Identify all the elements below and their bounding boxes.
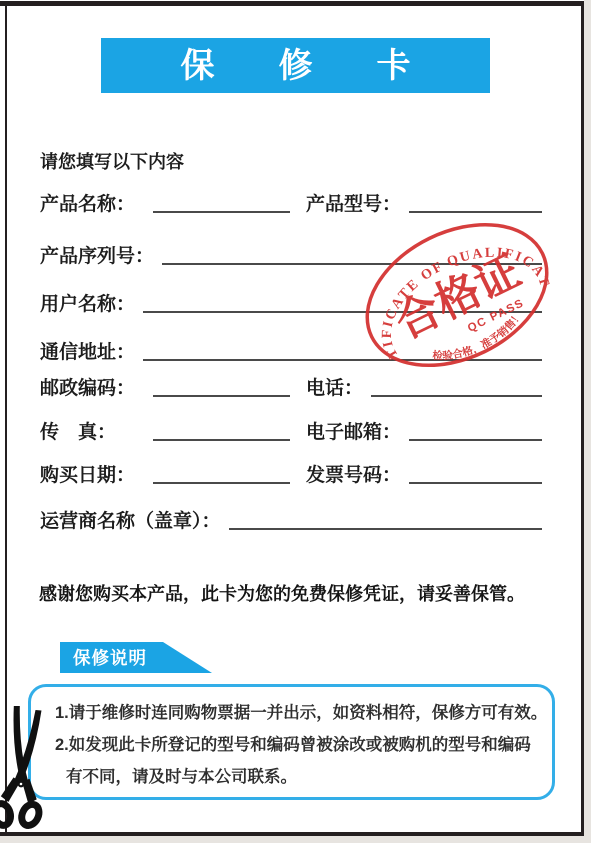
email-line [409, 439, 542, 441]
postal-code-line [153, 395, 290, 397]
thanks-text: 感谢您购买本产品，此卡为您的免费保修凭证，请妥善保管。 [39, 580, 525, 606]
postal-code-label: 邮政编码： [40, 377, 147, 401]
phone-line [371, 395, 542, 397]
warranty-title: 保修卡 [117, 49, 475, 83]
scissors-icon [0, 706, 50, 842]
fax-line [153, 439, 290, 441]
product-name-line [153, 211, 290, 213]
intro-text: 请您填写以下内容 [40, 148, 184, 174]
notice-item-2: 2.如发现此卡所登记的型号和编码曾被涂改或被购机的型号和编码有不同，请及时与本公… [55, 729, 544, 793]
email-label: 电子邮箱： [306, 421, 401, 445]
qualification-stamp-icon: CERTIFICATE OF QUALIFICATION 合格证 QC PASS… [347, 195, 567, 395]
card-frame-bottom [0, 832, 584, 836]
invoice-number-line [409, 482, 542, 484]
page-shadow-right [584, 0, 591, 843]
product-name-label: 产品名称： [40, 193, 147, 217]
warranty-notes-tab: 保修说明 [60, 642, 212, 673]
user-name-label: 用户名称： [40, 293, 135, 317]
operator-name-label: 运营商名称（盖章）： [40, 510, 221, 534]
warranty-notes-tab-label: 保修说明 [60, 645, 147, 670]
page-shadow-bottom [0, 836, 584, 843]
fax-label: 传 真： [40, 421, 147, 445]
card-frame-right [581, 1, 584, 836]
warranty-card-page: 保修卡 请您填写以下内容 产品名称： 产品型号： 产品序列号： 用户名称： 通信… [0, 0, 591, 843]
form-row-date-invoice: 购买日期： 发票号码： [40, 464, 542, 488]
purchase-date-line [153, 482, 290, 484]
form-row-fax-email: 传 真： 电子邮箱： [40, 421, 542, 445]
serial-number-label: 产品序列号： [40, 245, 154, 269]
purchase-date-label: 购买日期： [40, 464, 147, 488]
notice-item-1: 1.请于维修时连同购物票据一并出示，如资料相符，保修方可有效。 [55, 697, 544, 729]
title-banner: 保修卡 [101, 38, 490, 93]
address-label: 通信地址： [40, 341, 135, 365]
operator-name-line [229, 528, 542, 530]
form-row-operator: 运营商名称（盖章）： [40, 510, 542, 534]
invoice-number-label: 发票号码： [306, 464, 401, 488]
warranty-notes-box: 1.请于维修时连同购物票据一并出示，如资料相符，保修方可有效。 2.如发现此卡所… [28, 684, 555, 800]
card-frame-top [0, 1, 584, 6]
